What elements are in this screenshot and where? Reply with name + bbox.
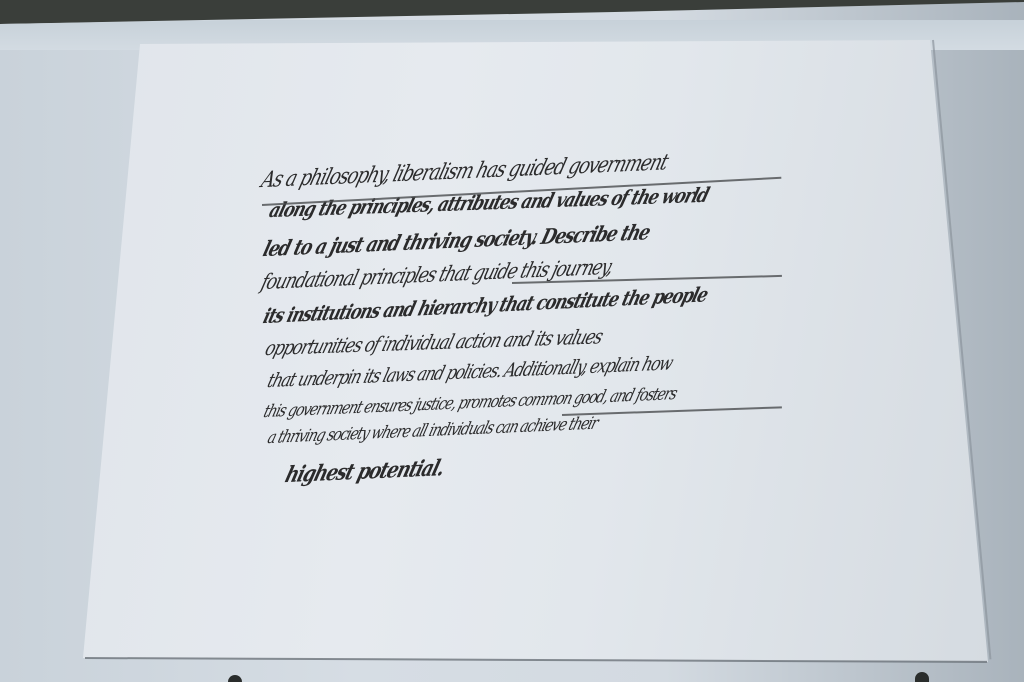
ink-strike-line [562, 406, 782, 415]
text-line-10: highest potential. [282, 455, 447, 488]
text-line-6: opportunities of individual action and i… [263, 324, 606, 360]
text-line-8: this government ensures justice, promote… [261, 384, 679, 422]
pushpin-icon [228, 675, 242, 682]
handwritten-text: As a philosophy, liberalism has guided g… [262, 162, 802, 522]
text-line-4: foundational principles that guide this … [259, 255, 616, 295]
pushpin-icon [915, 672, 929, 682]
